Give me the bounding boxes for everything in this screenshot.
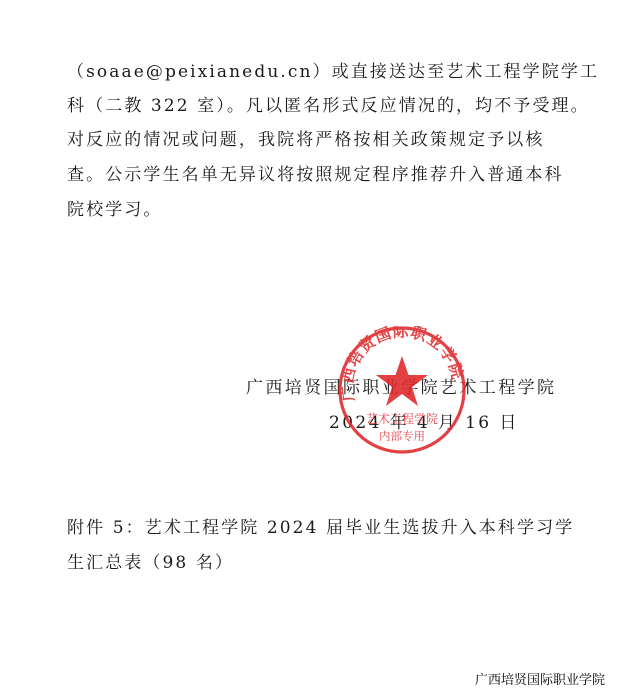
attachment-line-2: 生汇总表（98 名） <box>67 553 234 573</box>
signature-organization: 广西培贤国际职业学院艺术工程学院 <box>246 378 556 398</box>
signature-date: 2024 年 4 月 16 日 <box>329 413 519 433</box>
body-line-4: 查。公示学生名单无异议将按照规定程序推荐升入普通本科 <box>67 165 564 185</box>
attachment-line-1: 附件 5：艺术工程学院 2024 届毕业生选拔升入本科学习学 <box>67 518 574 538</box>
body-line-1: （soaae@peixianedu.cn）或直接送达至艺术工程学院学工 <box>67 62 599 82</box>
body-line-3: 对反应的情况或问题，我院将严格按相关政策规定予以核 <box>67 130 545 150</box>
footer-watermark: 广西培贤国际职业学院 <box>475 669 605 688</box>
document-page: （soaae@peixianedu.cn）或直接送达至艺术工程学院学工 科（二教… <box>0 0 617 696</box>
body-line-2: 科（二教 322 室）。凡以匿名形式反应情况的，均不予受理。 <box>67 96 590 116</box>
body-line-5: 院校学习。 <box>67 200 163 220</box>
